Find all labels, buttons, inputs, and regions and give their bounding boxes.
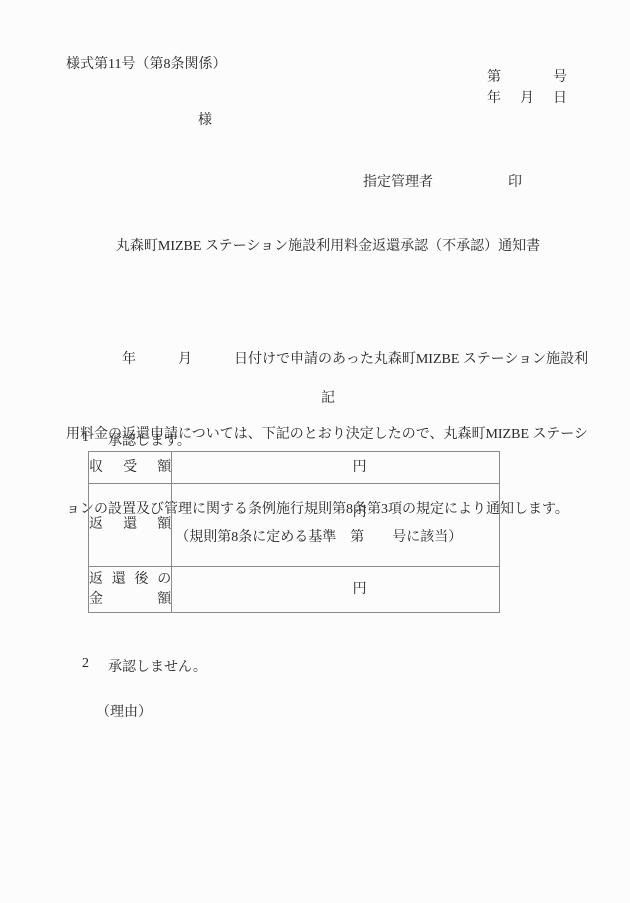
issuer-line: 指定管理者 印 (363, 171, 522, 191)
seal-placeholder: 印 (508, 171, 522, 191)
issuer-label: 指定管理者 (363, 171, 433, 191)
date-year-label: 年 (487, 87, 501, 107)
amount-after-refund-cell: 円 (172, 567, 500, 613)
row-header-label: 収受額 (89, 458, 171, 478)
currency-unit-label: 円 (196, 577, 523, 602)
currency-unit-label: 円 (196, 455, 523, 480)
record-marker: 記 (13, 387, 630, 407)
doc-number-prefix: 第 (487, 66, 501, 86)
date-day-label: 日 (553, 87, 567, 107)
row-header-amount-after-refund: 返還後の 金額 (89, 567, 172, 613)
refund-amount-cell: 円 （規則第8条に定める基準 第 号に該当） (172, 484, 500, 567)
date-line: 年 月 日 (487, 87, 567, 107)
form-number: 様式第11号（第8条関係） (66, 53, 226, 73)
section-2-number: 2 (82, 656, 89, 676)
row-header-label-line: 金額 (89, 590, 171, 610)
section-1-heading: 1 承認します。 (82, 430, 191, 450)
table-row: 返還額 円 （規則第8条に定める基準 第 号に該当） (89, 484, 500, 567)
row-header-received-amount: 収受額 (89, 452, 172, 484)
document-page: 様式第11号（第8条関係） 第 号 年 月 日 様 指定管理者 印 丸森町MIZ… (0, 0, 630, 903)
date-month-label: 月 (520, 87, 534, 107)
doc-number-line: 第 号 (487, 66, 567, 86)
row-header-label-line: 返還後の (89, 570, 171, 590)
refund-basis-note: （規則第8条に定める基準 第 号に該当） (172, 525, 499, 550)
section-2-label: 承認しません。 (108, 656, 207, 676)
section-1-number: 1 (82, 430, 89, 450)
amount-table: 収受額 円 返還額 円 （規則第8条に定める基準 第 号に該当） 返還後の 金 (88, 451, 500, 613)
document-title: 丸森町MIZBE ステーション施設利用料金返還承認（不承認）通知書 (13, 235, 630, 255)
reason-label: （理由） (96, 701, 152, 721)
table-row: 収受額 円 (89, 452, 500, 484)
row-header-refund-amount: 返還額 (89, 484, 172, 567)
currency-unit-label: 円 (196, 500, 523, 525)
body-line: 年 月 日付けで申請のあった丸森町MIZBE ステーション施設利 (66, 347, 588, 372)
row-header-label: 返還額 (89, 515, 171, 535)
section-2-heading: 2 承認しません。 (82, 656, 207, 676)
doc-number-suffix: 号 (553, 66, 567, 86)
received-amount-cell: 円 (172, 452, 500, 484)
addressee-honorific: 様 (198, 109, 212, 129)
table-row: 返還後の 金額 円 (89, 567, 500, 613)
section-1-label: 承認します。 (108, 430, 191, 450)
